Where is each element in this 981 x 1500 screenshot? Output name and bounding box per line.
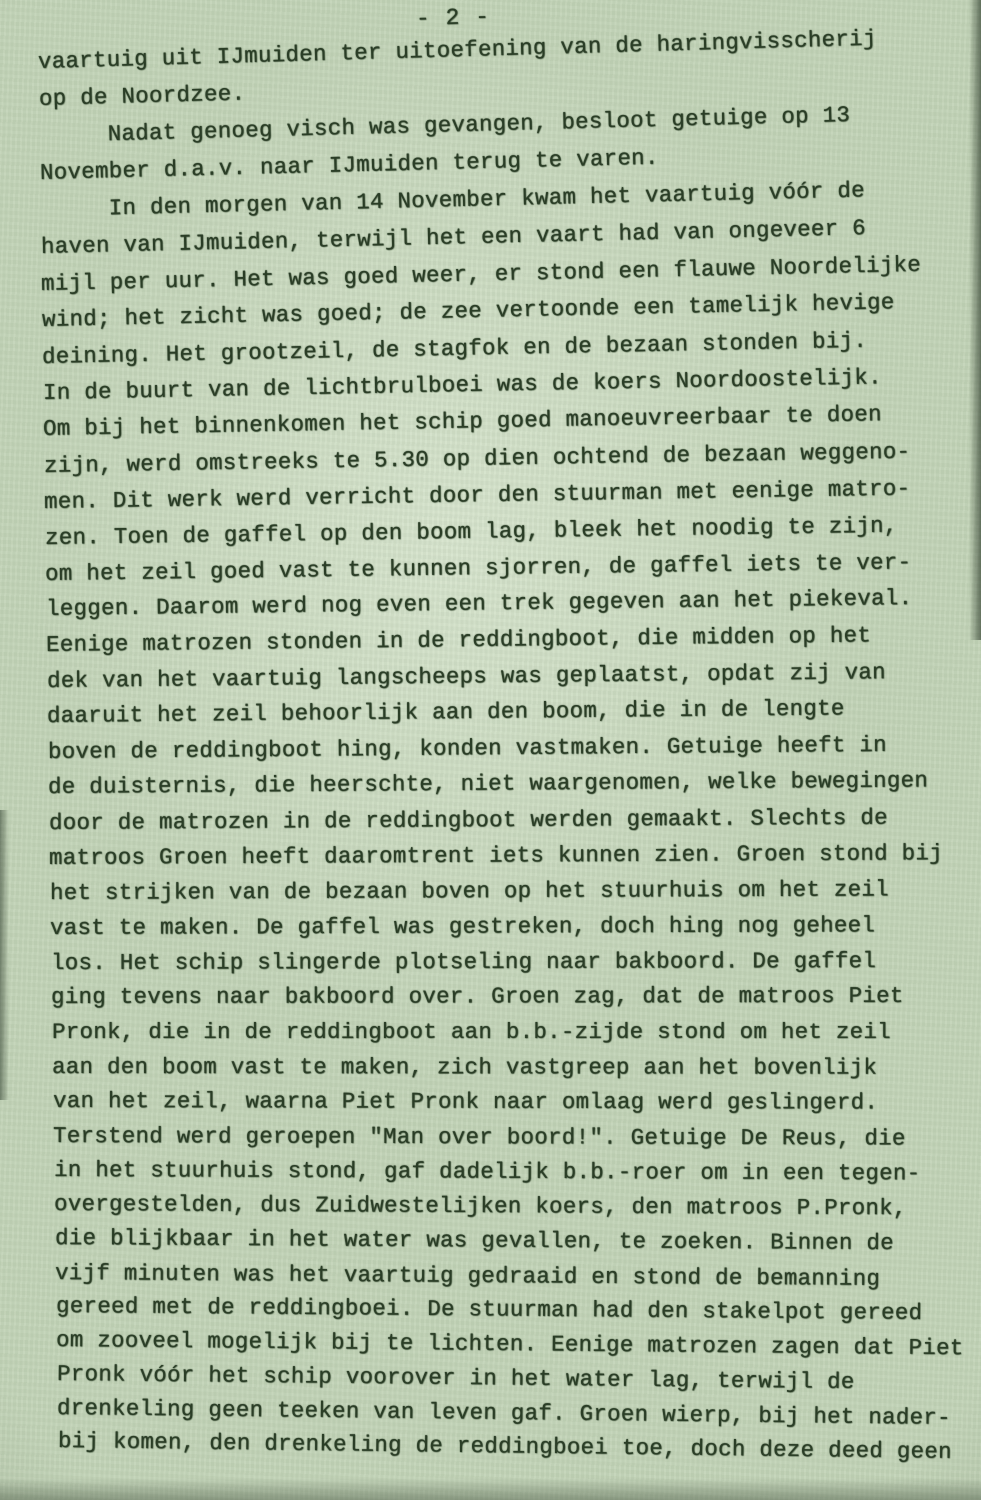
text-line: door de matrozen in de reddingboot werde… — [48, 799, 887, 840]
text-line: op de Noordzee. — [38, 76, 245, 118]
text-line: aan den boom vast te maken, zich vastgre… — [52, 1049, 877, 1086]
page-edge-shadow-right — [969, 0, 981, 640]
text-line: de duisternis, die heerschte, niet waarg… — [48, 763, 928, 805]
page-edge-shadow-bottom — [0, 1478, 981, 1500]
text-line: Terstend werd geroepen "Man over boord!"… — [53, 1118, 906, 1157]
text-line: los. Het schip slingerde plotseling naar… — [50, 943, 875, 981]
text-line: het strijken van de bezaan boven op het … — [49, 871, 888, 911]
text-line: ging tevens naar bakboord over. Groen za… — [51, 978, 904, 1015]
text-line: matroos Groen heeft daaromtrent iets kun… — [49, 835, 943, 876]
text-line: van het zeil, waarna Piet Pronk naar oml… — [52, 1083, 877, 1121]
page-number: - 2 - — [416, 2, 491, 34]
text-line: Pronk, die in de reddingboot aan b.b.-zi… — [51, 1014, 890, 1050]
text-line: in het stuurhuis stond, gaf dadelijk b.b… — [53, 1152, 920, 1191]
document-page: - 2 - vaartuig uit IJmuiden ter uitoefen… — [0, 0, 981, 1500]
page-edge-shadow-left — [0, 810, 9, 1100]
text-line: vast te maken. De gaffel was gestreken, … — [50, 907, 875, 946]
